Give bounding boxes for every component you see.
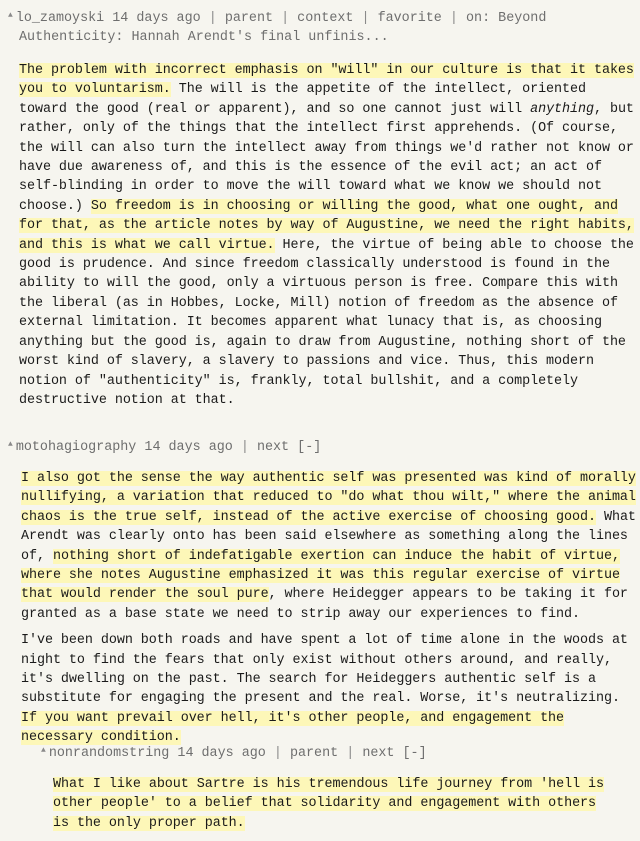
username-link[interactable]: nonrandomstring bbox=[49, 746, 170, 761]
separator: | bbox=[209, 11, 217, 26]
username-link[interactable]: lo_zamoyski bbox=[16, 11, 104, 26]
text-span: anything bbox=[530, 102, 594, 117]
comment-body: What I like about Sartre is his tremendo… bbox=[41, 775, 613, 833]
next-link[interactable]: next bbox=[362, 746, 394, 761]
age-link[interactable]: 14 days ago bbox=[177, 746, 265, 761]
context-link[interactable]: context bbox=[297, 11, 353, 26]
comment-body: I also got the sense the way authentic s… bbox=[8, 469, 636, 748]
upvote-arrow-icon[interactable]: ▲ bbox=[8, 435, 13, 454]
separator: | bbox=[281, 11, 289, 26]
comment-meta: ▲motohagiography 14 days ago | next [-] bbox=[8, 435, 636, 457]
separator: | bbox=[274, 746, 282, 761]
username-link[interactable]: motohagiography bbox=[16, 440, 137, 455]
comment-meta: ▲lo_zamoyski 14 days ago | parent | cont… bbox=[8, 6, 634, 47]
text-span: , but rather, only of the things that th… bbox=[19, 102, 634, 214]
text-span: I've been down both roads and have spent… bbox=[21, 633, 628, 706]
highlighted-text: I also got the sense the way authentic s… bbox=[21, 471, 636, 525]
story-link-continued[interactable]: Authenticity: Hannah Arendt's final unfi… bbox=[19, 30, 389, 45]
parent-link[interactable]: parent bbox=[290, 746, 338, 761]
text-span: Here, the virtue of being able to choose… bbox=[19, 238, 634, 408]
on-label: on: bbox=[466, 11, 490, 26]
separator: | bbox=[450, 11, 458, 26]
collapse-toggle[interactable]: [-] bbox=[297, 440, 321, 455]
comment-body: The problem with incorrect emphasis on "… bbox=[8, 61, 634, 410]
next-link[interactable]: next bbox=[257, 440, 289, 455]
comment-meta: ▲nonrandomstring 14 days ago | parent | … bbox=[41, 741, 621, 763]
comment-lo-zamoyski: ▲lo_zamoyski 14 days ago | parent | cont… bbox=[8, 6, 634, 410]
comment-paragraph: I've been down both roads and have spent… bbox=[21, 631, 636, 747]
age-link[interactable]: 14 days ago bbox=[112, 11, 200, 26]
separator: | bbox=[346, 746, 354, 761]
upvote-arrow-icon[interactable]: ▲ bbox=[41, 741, 46, 760]
separator: | bbox=[241, 440, 249, 455]
story-link[interactable]: Beyond bbox=[498, 11, 546, 26]
comment-paragraph: I also got the sense the way authentic s… bbox=[21, 469, 636, 624]
comment-motohagiography: ▲motohagiography 14 days ago | next [-] … bbox=[8, 435, 636, 748]
upvote-arrow-icon[interactable]: ▲ bbox=[8, 6, 13, 25]
favorite-link[interactable]: favorite bbox=[378, 11, 442, 26]
age-link[interactable]: 14 days ago bbox=[144, 440, 232, 455]
collapse-toggle[interactable]: [-] bbox=[403, 746, 427, 761]
highlighted-text: What I like about Sartre is his tremendo… bbox=[53, 777, 604, 831]
comment-paragraph: The problem with incorrect emphasis on "… bbox=[19, 61, 634, 410]
comment-nonrandomstring: ▲nonrandomstring 14 days ago | parent | … bbox=[41, 741, 621, 833]
comment-paragraph: What I like about Sartre is his tremendo… bbox=[53, 775, 613, 833]
separator: | bbox=[361, 11, 369, 26]
parent-link[interactable]: parent bbox=[225, 11, 273, 26]
